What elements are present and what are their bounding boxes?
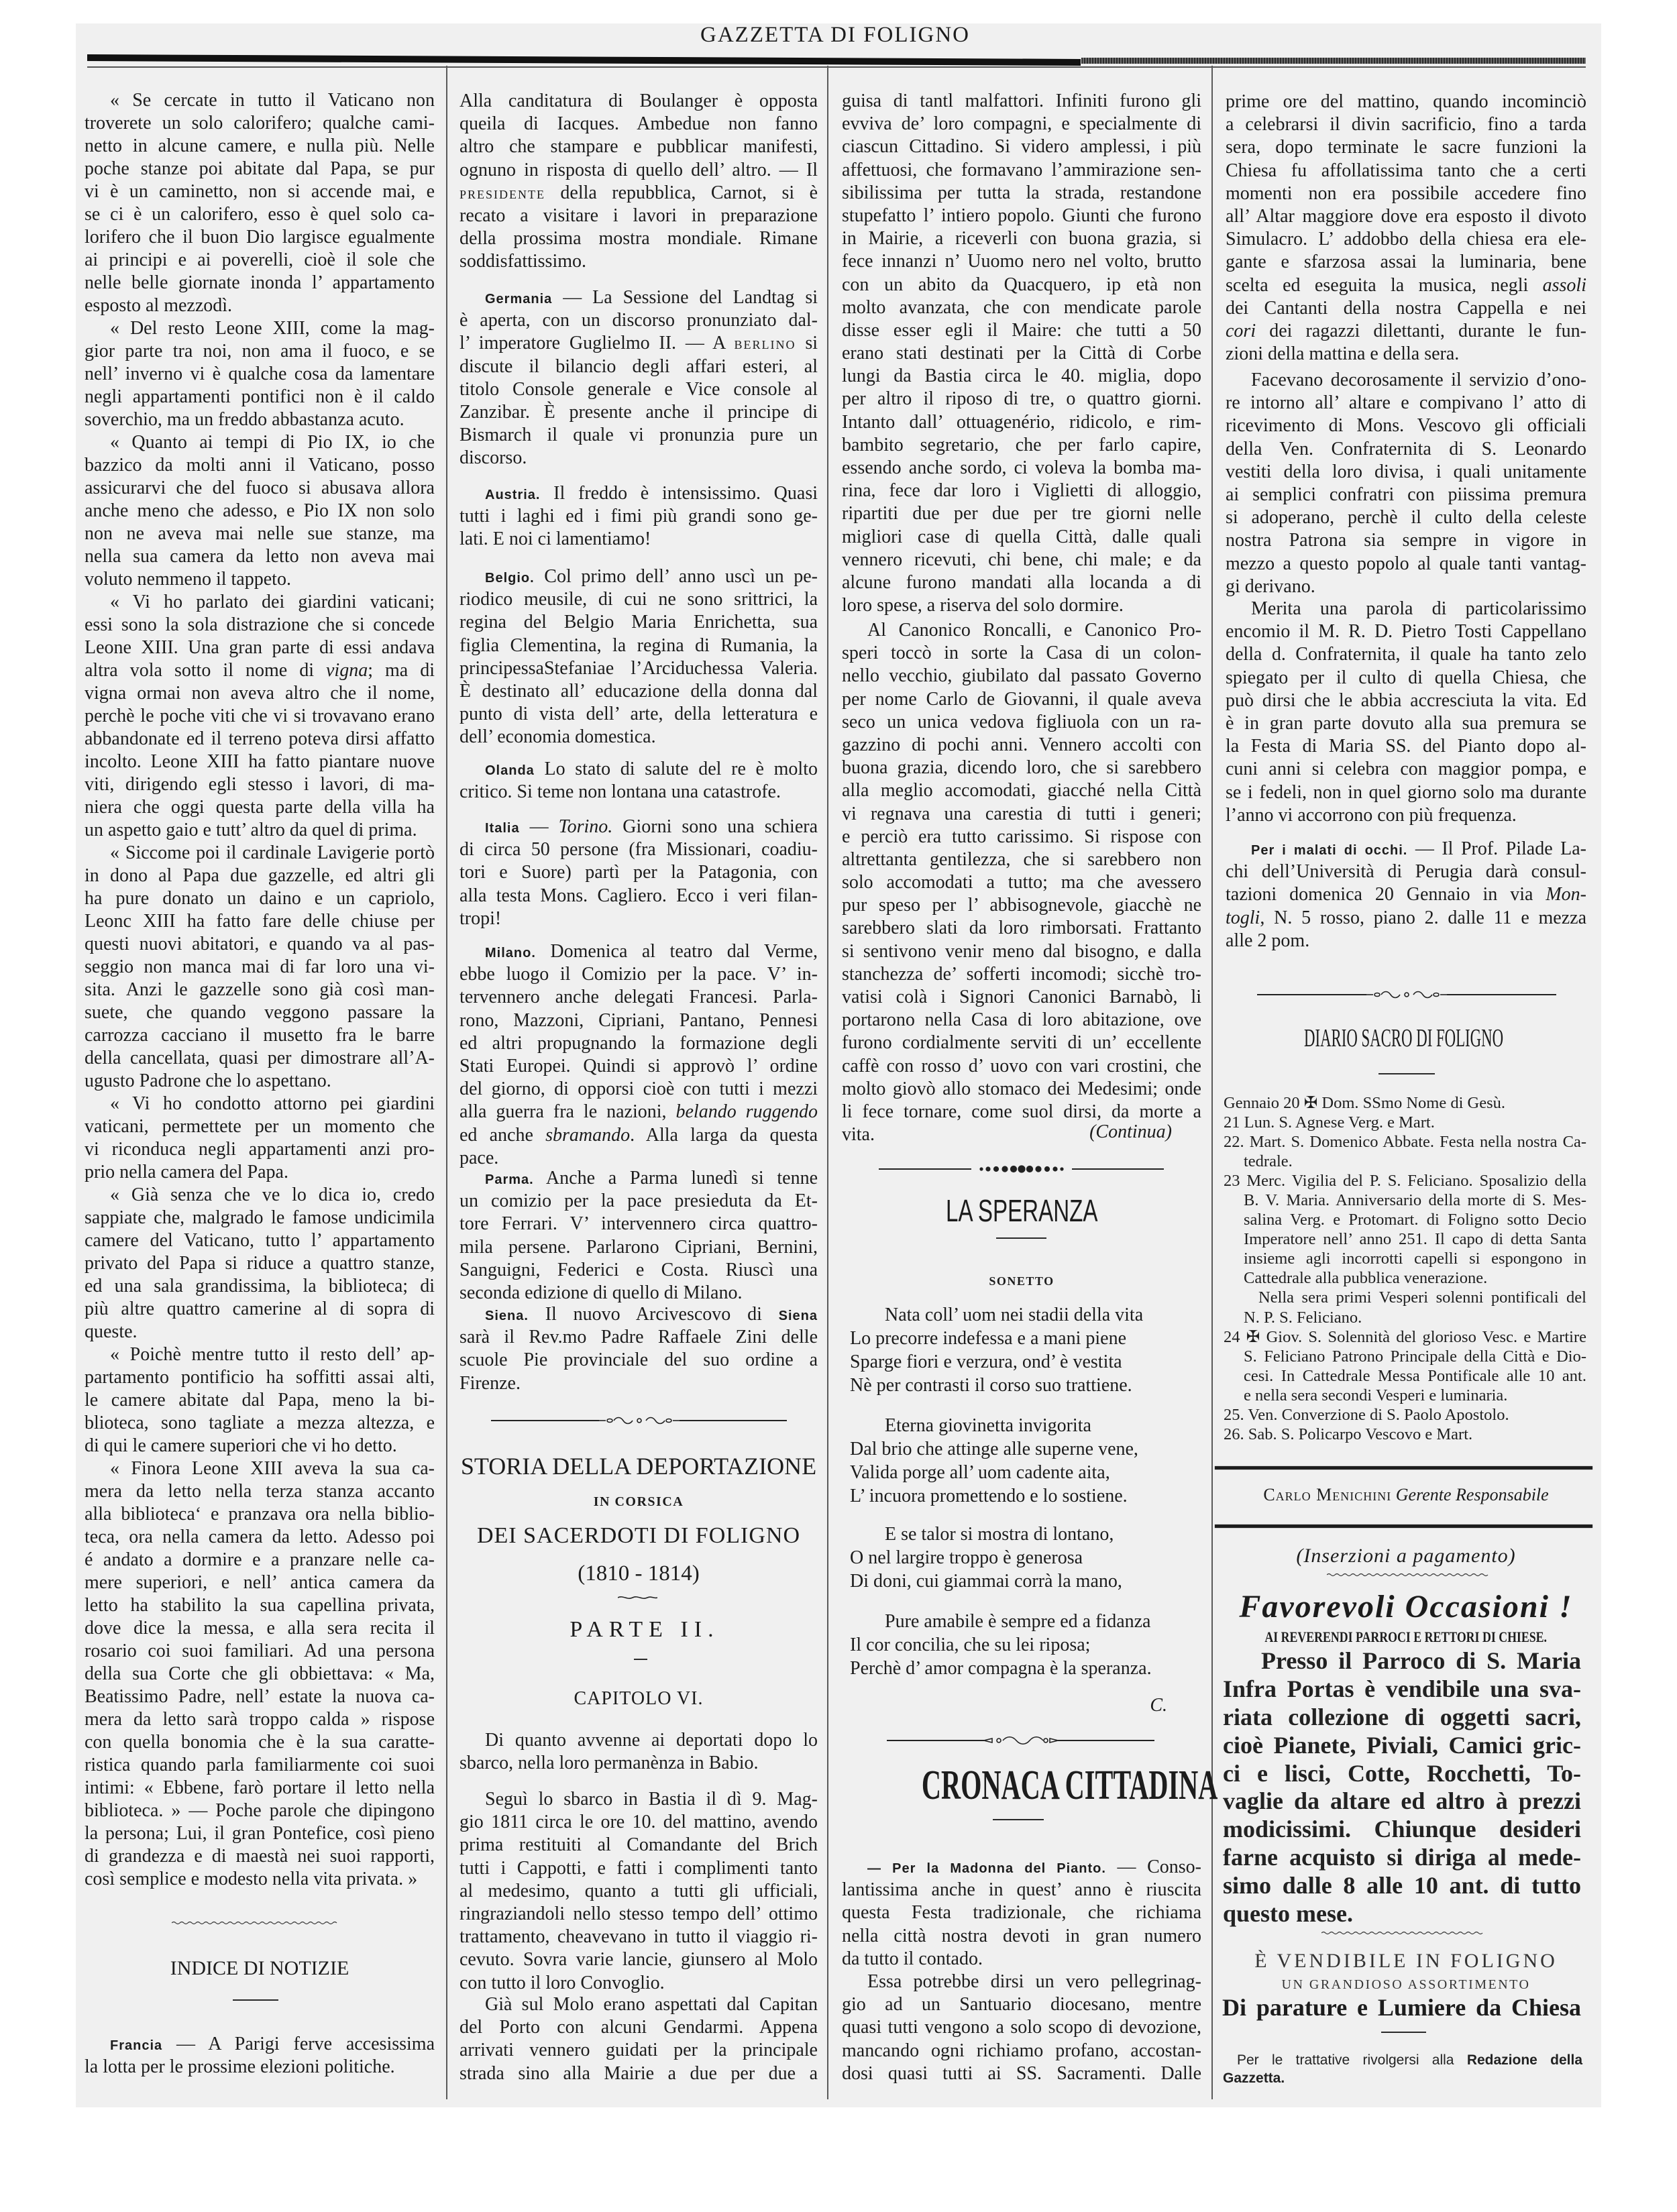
text-line: Lo precorre indefessa e a mani piene <box>850 1327 1199 1350</box>
text-line: PRESIDENTE della repubblica, Carnot, si … <box>459 182 818 205</box>
text-line: gante e sfarzosa assai la luminaria, ben… <box>1226 251 1586 274</box>
text-line: Per le trattative rivolgersi alla Redazi… <box>1223 2051 1582 2069</box>
text-line: ristica quando parla familiarmente coi s… <box>85 1754 435 1777</box>
paragraph: « Vi ho condotto attorno pei giardinivat… <box>85 1093 435 1184</box>
text-run: — Conso- <box>1106 1857 1201 1877</box>
section-heading-diario: DIARIO SACRO DI FOLIGNO <box>1226 1022 1582 1054</box>
text-line: tedrale. <box>1224 1152 1586 1171</box>
text-line: Austria. Il freddo è intensissimo. Quasi <box>459 482 818 505</box>
ad-audience: AI REVERENDI PARROCI E RETTORI DI CHIESE… <box>1226 1628 1586 1647</box>
text-line: anche meno che adesso, e Pio IX non solo <box>85 500 435 522</box>
paragraph: Parma. Anche a Parma lunedì si tenneun c… <box>459 1167 818 1305</box>
paragraph: Francia — A Parigi ferve accesissimala l… <box>85 2033 435 2079</box>
text-line: della Ven. Confraternita di S. Leonardo <box>1226 438 1586 461</box>
run-in-label: Milano. <box>485 946 536 960</box>
text-line: Francia — A Parigi ferve accesissima <box>85 2033 435 2056</box>
text-line: regina del Belgio Maria Enrichetta, sua <box>459 611 818 634</box>
text-line: ai principi e ai poverelli, cioè il sole… <box>85 249 435 272</box>
text-line: esposto al mezzodì. <box>85 294 435 317</box>
text-line: con tutto il loro Convoglio. <box>459 1972 818 1995</box>
text-line: questa Festa tradizionale, che richiama <box>842 1901 1201 1924</box>
text-line: alla biblioteca‘ e pranzava ora nella bi… <box>85 1503 435 1526</box>
text-line: punto di vista dell’ arte, della lettera… <box>459 703 818 726</box>
text-line: Essa potrebbe dirsi un vero pellegrinag- <box>842 1971 1201 1993</box>
text-line: a celebrarsi il divin sacrificio, fino a… <box>1226 113 1586 136</box>
text-line: e nella sera secondi Vesperi e luminaria… <box>1224 1386 1586 1405</box>
text-line: sibilissima per tutta la strada, restand… <box>842 182 1201 205</box>
serial-paragraph: Già sul Molo erano aspettati dal Capitan… <box>459 1993 818 2085</box>
text-line: B. V. Maria. Anniversario della morte di… <box>1224 1191 1586 1210</box>
text-line: vennero ricevuti, chi bene, chi male; e … <box>842 549 1201 571</box>
text-line: disse esser egli il Maire: che tutti a 5… <box>842 319 1201 342</box>
paragraph: Già sul Molo erano aspettati dal Capitan… <box>459 1993 818 2085</box>
text-run: Per le trattative rivolgersi alla <box>1237 2052 1467 2068</box>
ad-headline: Favorevoli Occasioni ! <box>1226 1587 1586 1627</box>
text-line: essendo anche sordo, ci voleva la bomba … <box>842 457 1201 480</box>
text-line: del giorno, di opporsi cioè con tutti i … <box>459 1078 818 1101</box>
text-line: « Se cercate in tutto il Vaticano non <box>85 89 435 112</box>
ornamental-divider <box>879 1164 1164 1174</box>
text-line: Già sul Molo erano aspettati dal Capitan <box>459 1993 818 2016</box>
text-line: speri toccò in sorte la Casa di un colon… <box>842 642 1201 665</box>
text-line: più altre quattro camerine al di sopra d… <box>85 1298 435 1321</box>
text-line: critico. Si teme non lontana una catastr… <box>459 781 818 804</box>
text-line: con quella bonomia che è la sua caratte- <box>85 1731 435 1754</box>
text-line: 21 Lun. S. Agnese Verg. e Mart. <box>1224 1113 1586 1132</box>
text-line: quasi tutti vengono a solo scopo di devo… <box>842 2016 1201 2039</box>
text-line: Facevano decorosamente il servizio d’ono… <box>1226 369 1586 392</box>
text-line: ci e lisci, Cotte, Rocchetti, To- <box>1223 1760 1581 1788</box>
thick-rule <box>1215 1466 1592 1470</box>
text-line: Germania — La Sessione del Landtag si <box>459 286 818 309</box>
text-line: della prossima mostra mondiale. Rimane <box>459 227 818 250</box>
text-line: Gazzetta. <box>1223 2069 1582 2087</box>
text-line: erano stati destinati per la Città di Co… <box>842 342 1201 365</box>
calendar-entry: 21 Lun. S. Agnese Verg. e Mart. <box>1224 1113 1586 1132</box>
styled-run: PRESIDENTE <box>459 188 545 201</box>
paragraph: Presso il Parroco di S. MariaInfra Porta… <box>1223 1647 1581 1928</box>
text-line: biblioteca. » — Poche parole che dipingo… <box>85 1800 435 1822</box>
styled-run: Torino. <box>559 816 613 837</box>
text-line: rono, Mazzoni, Cipriani, Pantano, Pennes… <box>459 1009 818 1032</box>
paragraph: Facevano decorosamente il servizio d’ono… <box>1226 369 1586 598</box>
text-line: 22. Mart. S. Domenico Abbate. Festa nell… <box>1224 1132 1586 1152</box>
run-in-label: Parma. <box>485 1172 534 1187</box>
text-line: così semplice e modesto nella vita priva… <box>85 1868 435 1891</box>
text-line: al medesimo, quanto a tutti gli ufficial… <box>459 1880 818 1903</box>
serial-continued: guisa di tantl malfattori. Infiniti furo… <box>842 90 1201 617</box>
text-line: Firenze. <box>459 1372 818 1395</box>
text-line: li fece tornare, come suol dirsi, da mor… <box>842 1101 1201 1123</box>
text-line: bambito segretario, che per farlo capire… <box>842 434 1201 457</box>
text-line: scuole Pie provinciale del suo ordine a <box>459 1349 818 1372</box>
text-line: loro spese, a riserva del solo dormire. <box>842 594 1201 617</box>
news-item-austria: Austria. Il freddo è intensissimo. Quasi… <box>459 482 818 551</box>
text-line: tutti i Cappotti, e fatti i complimenti … <box>459 1857 818 1880</box>
text-line: mere superiori, e nell’ antica camera da <box>85 1571 435 1594</box>
run-in-label: Germania <box>485 292 552 307</box>
text-run: scelta ed eseguita la musica, negli <box>1226 275 1543 296</box>
text-line: ripartiti due per due per tre giorni nel… <box>842 502 1201 525</box>
styled-run: Gazzetta. <box>1223 2070 1285 2086</box>
text-run: tazioni domenica 20 Gennaio in via <box>1226 884 1546 905</box>
text-line: da tutto il contado. <box>842 1948 1201 1971</box>
text-run: Il nuovo Arcivescovo di <box>529 1304 779 1325</box>
text-run: si <box>796 333 818 353</box>
text-line: « Siccome poi il cardinale Lavigerie por… <box>85 842 435 865</box>
text-line: ed altri propugnando la formazione degli <box>459 1032 818 1055</box>
text-run: ; ma di <box>368 660 435 681</box>
text-line: alla testa Mons. Cagliero. Ecco i veri f… <box>459 885 818 907</box>
text-line: Perchè d’ amor compagna è la speranza. <box>850 1657 1199 1680</box>
text-line: un aspetto gaio e tutt’ altro da quel di… <box>85 819 435 842</box>
column-divider <box>446 66 447 2099</box>
serial-paragraph: Al Canonico Roncalli, e Canonico Pro-spe… <box>842 619 1201 1146</box>
run-in-label: — Per la Madonna del Pianto. <box>867 1861 1106 1876</box>
text-line: prima restituiti al Comandante del Brich <box>459 1834 818 1857</box>
paragraph: « Poichè mentre tutto il resto dell’ ap-… <box>85 1343 435 1457</box>
text-line: portarono nella Casa di loro abitazione,… <box>842 1009 1201 1032</box>
text-line: intimi: « Ebbene, farò portare il letto … <box>85 1777 435 1800</box>
text-line: blioteca, sono tagliate a mezza altezza,… <box>85 1412 435 1435</box>
poem-stanza: Pure amabile è sempre ed a fidanzaIl cor… <box>850 1610 1199 1680</box>
serial-subtitle: IN CORSICA <box>459 1493 818 1510</box>
text-line: dosi quasi tutti ai SS. Sacramenti. Dall… <box>842 2062 1201 2085</box>
run-in-label: Francia <box>110 2038 162 2053</box>
section-heading-indice: INDICE DI NOTIZIE <box>85 1955 435 1982</box>
short-rule <box>634 1659 647 1660</box>
news-item-italia: Italia — Torino. Giorni sono una schiera… <box>459 816 818 930</box>
short-rule <box>1378 1073 1435 1074</box>
text-line: alcune furono mandati alla locanda a di <box>842 571 1201 594</box>
paragraph: Olanda Lo stato di salute del re è molto… <box>459 758 818 804</box>
text-line: netto in alcune camere, e nulla più. Nel… <box>85 135 435 158</box>
text-line: Italia — Torino. Giorni sono una schiera <box>459 816 818 838</box>
wavy-divider <box>1321 1930 1486 1936</box>
news-item-francia: Francia — A Parigi ferve accesissimala l… <box>85 2033 435 2079</box>
flourish-icon <box>1366 989 1447 1000</box>
text-line: non ne aveva mai nelle sue stanze, ma <box>85 522 435 545</box>
styled-run: belando ruggendo <box>676 1101 818 1122</box>
thick-rule <box>1215 1525 1592 1528</box>
text-line: strada sino alla Mairie a due per due a <box>459 2062 818 2085</box>
poem-form-label: SONETTO <box>842 1273 1201 1289</box>
newspaper-page: GAZZETTA DI FOLIGNO « Se cercate in tutt… <box>0 0 1677 2212</box>
news-item-olanda: Olanda Lo stato di salute del re è molto… <box>459 758 818 804</box>
text-line: gi derivano. <box>1226 575 1586 598</box>
text-line: Simulacro. L’ addobbo della chiesa era e… <box>1226 228 1586 251</box>
text-line: teca, ora nella camera da letto. Adesso … <box>85 1526 435 1549</box>
text-line: stanchezza de’ sofferti incomodi; sicchè… <box>842 963 1201 986</box>
text-line: recato a visitare i lavori in preparazio… <box>459 205 818 227</box>
article-vatican-continuation: « Se cercate in tutto il Vaticano nontro… <box>85 89 435 1891</box>
styled-run: Redazione della <box>1467 2052 1582 2068</box>
text-line: cevuto. Sovra varie lancie, giunsero al … <box>459 1948 818 1971</box>
column-divider <box>827 66 828 2099</box>
text-run: l’ imperatore Guglielmo II. — A <box>459 333 735 353</box>
news-item-parma: Parma. Anche a Parma lunedì si tenneun c… <box>459 1167 818 1305</box>
text-line: seconda edizione di quello di Milano. <box>459 1282 818 1305</box>
text-line: È destinato all’ educazione della donna … <box>459 680 818 703</box>
run-in-label: Italia <box>485 821 520 836</box>
paid-insertions-label: (Inserzioni a pagamento) <box>1226 1544 1586 1568</box>
text-line: Pure amabile è sempre ed a fidanza <box>850 1610 1199 1633</box>
text-line: Merita una parola di particolarissimo <box>1226 598 1586 620</box>
paragraph: « Vi ho parlato dei giardini vaticani;es… <box>85 591 435 842</box>
masthead-rule-thin <box>87 66 1586 68</box>
serial-paragraph: Seguì lo sbarco in Bastia il dì 9. Mag-g… <box>459 1788 818 1995</box>
text-line: nello vecchio, giubilato dal passato Gov… <box>842 665 1201 687</box>
text-line: Siena. Il nuovo Arcivescovo di Siena <box>459 1303 818 1326</box>
text-line: Intanto dall’ ottuagenério, ridicolo, e … <box>842 411 1201 434</box>
text-line: scelta ed eseguita la musica, negli asso… <box>1226 274 1586 297</box>
text-line: della cancellata, quasi per dimostrare a… <box>85 1047 435 1070</box>
text-line: per altro il riposo di tre, o quattro gi… <box>842 388 1201 410</box>
news-item-germania: Germania — La Sessione del Landtag siè a… <box>459 286 818 470</box>
text-line: alle 2 pom. <box>1226 930 1586 952</box>
cronaca-paragraph: Merita una parola di particolarissimoenc… <box>1226 598 1586 827</box>
text-line: Stati Europei. Quindi si approvò l’ ordi… <box>459 1055 818 1078</box>
text-line: — Per la Madonna del Pianto. — Conso- <box>842 1856 1201 1879</box>
text-line: la persona; Lui, il gran Pontefice, così… <box>85 1822 435 1845</box>
paragraph: Per le trattative rivolgersi alla Redazi… <box>1223 2051 1582 2087</box>
text-line: letto ha stabilito la sua capellina priv… <box>85 1594 435 1617</box>
text-line: Infra Portas è vendibile una sva- <box>1223 1675 1581 1704</box>
text-line: Cattedrale alla pubblica venerazione. <box>1224 1268 1586 1288</box>
text-run: — La Sessione del Landtag si <box>552 287 818 308</box>
paragraph: « Se cercate in tutto il Vaticano nontro… <box>85 89 435 317</box>
text-line: sarà il Rev.mo Padre Raffaele Zini delle <box>459 1326 818 1349</box>
paragraph: Austria. Il freddo è intensissimo. Quasi… <box>459 482 818 551</box>
text-line: un comizio per la pace presieduta da Et- <box>459 1190 818 1213</box>
text-line: sita. Anzi le gazzelle sono già così man… <box>85 979 435 1001</box>
text-line: seggio non manca mai di far loro una vi- <box>85 956 435 979</box>
paragraph: Merita una parola di particolarissimoenc… <box>1226 598 1586 827</box>
paragraph: « Finora Leone XIII aveva la sua ca-mera… <box>85 1457 435 1891</box>
text-run: Col primo dell’ anno uscì un pe- <box>535 566 818 587</box>
calendar-entry: 24 ✠ Giov. S. Solennità del glorioso Ves… <box>1224 1327 1586 1405</box>
ad2-line1: È VENDIBILE IN FOLIGNO <box>1226 1948 1586 1975</box>
paragraph: Al Canonico Roncalli, e Canonico Pro-spe… <box>842 619 1201 1146</box>
text-line: dei Cantanti della nostra Cappella e nei <box>1226 297 1586 320</box>
text-line: mila persene. Parlarono Cipriani, Bernin… <box>459 1236 818 1259</box>
text-line: viti, dirigendo egli stesso i lavori, di… <box>85 773 435 796</box>
text-line: poche stanze poi abitate dal Papa, se pu… <box>85 158 435 180</box>
text-line: troverete un solo calorifero; qualche ca… <box>85 112 435 135</box>
text-line: altro che stampare e pubblicar manifesti… <box>459 135 818 158</box>
text-line: cioè Pianete, Piviali, Camici gric- <box>1223 1732 1581 1760</box>
text-line: modicissimi. Chiunque desideri <box>1223 1816 1581 1844</box>
text-run: della repubblica, Carnot, si è <box>545 182 818 203</box>
text-line: Chiesa fu affollatissima tanto che a cer… <box>1226 160 1586 182</box>
ad2-line3: Di parature e Lumiere da Chiesa <box>1222 1993 1581 2022</box>
text-line: « Già senza che ve lo dica io, credo <box>85 1184 435 1207</box>
text-line: si sentivono venir meno dal bisogno, e d… <box>842 940 1201 963</box>
text-line: l’ imperatore Guglielmo II. — A BERLINO … <box>459 332 818 355</box>
paragraph: Di quanto avvenne ai deportati dopo losb… <box>459 1729 818 1775</box>
text-line: guisa di tantl malfattori. Infiniti furo… <box>842 90 1201 113</box>
text-line: lungi da Bastia circa le 40. miglia, dop… <box>842 365 1201 388</box>
short-rule <box>1381 2032 1426 2033</box>
text-line: niera che oggi questa parte della villa … <box>85 796 435 819</box>
text-line: « Finora Leone XIII aveva la sua ca- <box>85 1457 435 1480</box>
section-heading-text: CRONACA CITTADINA <box>922 1761 1218 1810</box>
ad-audience-text: AI REVERENDI PARROCI E RETTORI DI CHIESE… <box>1265 1628 1548 1647</box>
ad-body: Presso il Parroco di S. MariaInfra Porta… <box>1223 1647 1581 1928</box>
text-line: L’ incuora promettendo e lo sostiene. <box>850 1484 1199 1508</box>
calendar-entry: 23 Merc. Vigilia del P. S. Feliciano. Sp… <box>1224 1171 1586 1288</box>
styled-run: Mon- <box>1546 884 1586 905</box>
text-line: bazzico da molti anni il Vaticano, posso <box>85 454 435 477</box>
text-line: tori e Suore) partì per la Patagonia, co… <box>459 861 818 884</box>
calendar-entry-note: Nella sera primi Vesperi solenni pontifi… <box>1224 1288 1586 1327</box>
text-line: Gennaio 20 ✠ Dom. SSmo Nome di Gesù. <box>1224 1093 1586 1113</box>
text-run: ed anche <box>459 1125 545 1146</box>
text-line: la Festa di Maria SS. del Pianto dopo al… <box>1226 735 1586 758</box>
text-line: privato del Papa si riduce a quattro sta… <box>85 1252 435 1275</box>
text-line: vigna ormai non aveva altro che il nome, <box>85 682 435 705</box>
text-line: Leone XIII. Una gran parte di essi andav… <box>85 637 435 659</box>
news-item-francia-continued: Alla canditatura di Boulanger è oppostaq… <box>459 90 818 274</box>
paragraph: Italia — Torino. Giorni sono una schiera… <box>459 816 818 930</box>
text-line: vaticani, permettete per un momento che <box>85 1115 435 1138</box>
text-run: , N. 5 rosso, piano 2. dalle 11 e mezza <box>1260 907 1586 928</box>
text-line: caffè con rosso d’ uovo con vari crostin… <box>842 1055 1201 1078</box>
text-line: evviva de’ loro compagni, e specialmente… <box>842 113 1201 135</box>
text-line: vatisi colà i Signori Canonici Barnabò, … <box>842 986 1201 1009</box>
serial-chapter: CAPITOLO VI. <box>459 1687 818 1711</box>
text-line: ai semplici confratri con piissima premu… <box>1226 484 1586 506</box>
text-line: Parma. Anche a Parma lunedì si tenne <box>459 1167 818 1190</box>
text-line: mezzo a questo popolo al quale tanti van… <box>1226 553 1586 575</box>
cronaca-paragraph: Facevano decorosamente il servizio d’ono… <box>1226 369 1586 598</box>
short-rule <box>993 1819 1044 1820</box>
text-line: chi dell’Università di Perugia darà cons… <box>1226 861 1586 883</box>
section-heading-cronaca: CRONACA CITTADINA <box>842 1761 1201 1810</box>
poem-signature: C. <box>1134 1694 1167 1717</box>
text-line: soddisfattissimo. <box>459 250 818 273</box>
text-line: titolo Console generale e Vice console a… <box>459 378 818 401</box>
text-line: alla meglio accomodati, giacché nella Ci… <box>842 779 1201 802</box>
text-line: Seguì lo sbarco in Bastia il dì 9. Mag- <box>459 1788 818 1811</box>
text-line: vi riconduca negli appartamenti anzi pro… <box>85 1138 435 1161</box>
text-line: Nè per contrasti il corso suo trattiene. <box>850 1374 1199 1397</box>
text-line: é andato a dormire e a pranzare nelle ca… <box>85 1549 435 1571</box>
text-run: dei ragazzi dilettanti, durante le fun- <box>1256 321 1586 341</box>
text-line: soverchio, ma un freddo abbastanza acuto… <box>85 408 435 431</box>
news-item-madonna-del-pianto: — Per la Madonna del Pianto. — Conso-lan… <box>842 1856 1201 1971</box>
text-line: fece innanzi n’ Uuomo nero nel volto, br… <box>842 250 1201 273</box>
text-line: ebbe luogo il Comizio per la pace. V’ in… <box>459 963 818 986</box>
run-in-label: Siena <box>779 1309 818 1323</box>
text-line: l’anno vi accorrono con più frequenza. <box>1226 804 1586 827</box>
text-line: incolto. Leone XIII ha fatto piantare nu… <box>85 751 435 773</box>
paragraph: Milano. Domenica al teatro dal Verme,ebb… <box>459 940 818 1170</box>
text-line: rosario coi suoi familiari. Ad una perso… <box>85 1640 435 1663</box>
text-line: « Vi ho condotto attorno pei giardini <box>85 1093 435 1115</box>
text-line: ricevimento di Mons. Vescovo gli officia… <box>1226 414 1586 437</box>
news-item-madonna-del-pianto: Essa potrebbe dirsi un vero pellegrinag-… <box>842 1971 1201 2085</box>
text-line: e perciò era tutto carissimo. Si rispose… <box>842 826 1201 848</box>
ornamental-divider <box>887 1735 1154 1746</box>
paragraph: « Siccome poi il cardinale Lavigerie por… <box>85 842 435 1093</box>
chapter-summary: Di quanto avvenne ai deportati dopo losb… <box>459 1729 818 1775</box>
text-line: lati. E noi ci lamentiamo! <box>459 528 818 551</box>
text-line: Dal brio che attinge alle superne vene, <box>850 1437 1199 1461</box>
text-line: mancando ogni richiamo profano, accostan… <box>842 2040 1201 2062</box>
text-line: simo dalle 8 alle 10 ant. di tutto <box>1223 1872 1581 1900</box>
run-in-label: Olanda <box>485 763 535 778</box>
text-line: altra vola sotto il nome di vigna; ma di <box>85 659 435 682</box>
text-line: queila di Iacques. Ambedue non fanno <box>459 113 818 135</box>
poem-title: LA SPERANZA <box>842 1193 1201 1229</box>
text-line: vi è un caminetto, non si accende mai, e <box>85 180 435 203</box>
text-line: tore Ferrari. V’ intervennero circa quat… <box>459 1213 818 1235</box>
text-line: seco un unica vedova figliuola con un ra… <box>842 711 1201 734</box>
run-in-label: Per i malati di occhi. <box>1251 843 1407 858</box>
paragraph: — Per la Madonna del Pianto. — Conso-lan… <box>842 1856 1201 1971</box>
poem-stanza: E se talor si mostra di lontano,O nel la… <box>850 1523 1199 1593</box>
manager-role: Gerente Responsabile <box>1396 1485 1549 1504</box>
text-line: Alla canditatura di Boulanger è opposta <box>459 90 818 113</box>
text-line: cesi. In Cattedrale Messa Pontificale al… <box>1224 1366 1586 1386</box>
text-line: S. Feliciano Patrono Principale della Ci… <box>1224 1347 1586 1366</box>
text-line: zioni della mattina e della sera. <box>1226 343 1586 366</box>
text-line: può dirsi che le abbia accresciuta la vi… <box>1226 689 1586 712</box>
text-line: stupefatto l’ intiero popolo. Giunti che… <box>842 205 1201 227</box>
text-line: Valida porge all’ uom cadente aita, <box>850 1461 1199 1484</box>
text-line: ringraziandoli nello stesso tempo dell’ … <box>459 1903 818 1926</box>
serial-title-line2: DEI SACERDOTI DI FOLIGNO <box>446 1523 831 1549</box>
text-line: Olanda Lo stato di salute del re è molto <box>459 758 818 781</box>
responsible-manager: Carlo Menichini Gerente Responsabile <box>1226 1483 1586 1507</box>
text-line: dove dice la messa, e alla sera recita i… <box>85 1617 435 1640</box>
text-line: Sanguigni, Federici e Costa. Riuscì una <box>459 1259 818 1282</box>
text-line: molto avanzata, che con mendicate parole <box>842 296 1201 319</box>
flourish-icon <box>599 1415 680 1426</box>
text-line: Nella sera primi Vesperi solenni pontifi… <box>1224 1288 1586 1307</box>
text-line: pace. <box>459 1147 818 1170</box>
text-line: ciascun Cittadino. Si videro amplessi, i… <box>842 135 1201 158</box>
text-line: molto giovò allo stomaco dei Medesimi; o… <box>842 1078 1201 1101</box>
text-line: arrivati vennero guidati per la principa… <box>459 2039 818 2062</box>
text-line: 23 Merc. Vigilia del P. S. Feliciano. Sp… <box>1224 1171 1586 1191</box>
text-line: N. P. S. Feliciano. <box>1224 1308 1586 1327</box>
paragraph: Per i malati di occhi. — Il Prof. Pilade… <box>1226 838 1586 952</box>
text-run: . Alla larga da questa <box>630 1125 818 1146</box>
text-line: riodico meusile, di cui ne sono srittric… <box>459 588 818 611</box>
text-line: gio 1811 circa le ore 10. del mattino, a… <box>459 1811 818 1834</box>
news-item-siena: Siena. Il nuovo Arcivescovo di Sienasarà… <box>459 1303 818 1395</box>
text-line: ognuno in risposta di quello dell’ altro… <box>459 159 818 182</box>
text-run: — <box>520 816 559 837</box>
text-line: Presso il Parroco di S. Maria <box>1223 1647 1581 1675</box>
text-line: togli, N. 5 rosso, piano 2. dalle 11 e m… <box>1226 907 1586 930</box>
text-line: discorso. <box>459 447 818 469</box>
text-line: sappiate che, malgrado le famose undicim… <box>85 1207 435 1229</box>
paragraph: Seguì lo sbarco in Bastia il dì 9. Mag-g… <box>459 1788 818 1995</box>
text-line: Per i malati di occhi. — Il Prof. Pilade… <box>1226 838 1586 861</box>
text-line: cori dei ragazzi dilettanti, durante le … <box>1226 320 1586 343</box>
text-line: vestiti della loro divisa, i quali unita… <box>1226 461 1586 484</box>
text-line: sera, dopo terminate le sacre funzioni l… <box>1226 136 1586 159</box>
text-line: alla guerra fra le nazioni, belando rugg… <box>459 1101 818 1123</box>
text-line: 25. Ven. Converzione di S. Paolo Apostol… <box>1224 1405 1586 1425</box>
text-line: gio ad un Santuario diocesano, mentre <box>842 1993 1201 2016</box>
section-heading-text: DIARIO SACRO DI FOLIGNO <box>1304 1022 1503 1054</box>
text-line: « Vi ho parlato dei giardini vaticani; <box>85 591 435 614</box>
text-line: sarebbero slati da loro rimborsati. Frat… <box>842 917 1201 940</box>
